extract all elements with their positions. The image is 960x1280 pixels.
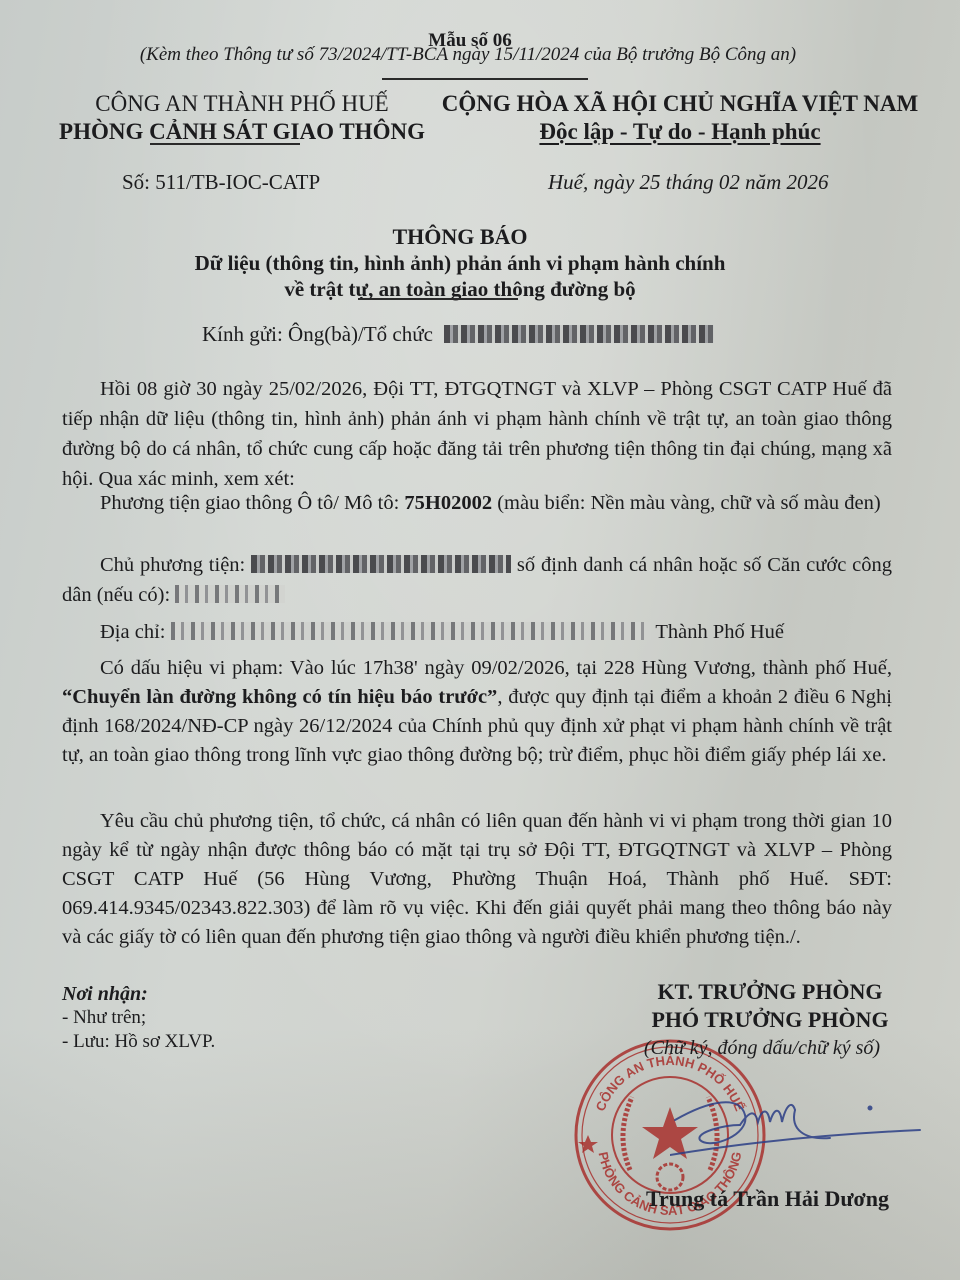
signature-icon [670, 1080, 930, 1170]
signer-name: Trung tá Trần Hải Dương [646, 1186, 889, 1212]
signature-note: (Chữ ký, đóng dấu/chữ ký số) [592, 1034, 932, 1062]
intro-paragraph: Hồi 08 giờ 30 ngày 25/02/2026, Đội TT, Đ… [62, 374, 892, 494]
salutation: Kính gửi: Ông(bà)/Tổ chức [202, 322, 714, 347]
owner-paragraph: Chủ phương tiện: số định danh cá nhân ho… [62, 550, 892, 610]
violation-prefix: Có dấu hiệu vi phạm: Vào lúc 17h38' ngày… [100, 657, 892, 679]
signer-title-2: PHÓ TRƯỞNG PHÒNG [600, 1006, 940, 1034]
nation-motto: Độc lập - Tự do - Hạnh phúc [430, 118, 930, 146]
title-underline [358, 298, 518, 300]
redacted-recipient-name [444, 325, 714, 343]
recipients-block: Nơi nhận: - Như trên; - Lưu: Hồ sơ XLVP. [62, 982, 215, 1054]
agency-name: PHÒNG CẢNH SÁT GIAO THÔNG [52, 118, 432, 146]
agency-underline [150, 143, 300, 145]
agency-parent: CÔNG AN THÀNH PHỐ HUẾ [52, 90, 432, 118]
vehicle-paragraph: Phương tiện giao thông Ô tô/ Mô tô: 75H0… [62, 488, 892, 518]
document-title: THÔNG BÁO Dữ liệu (thông tin, hình ảnh) … [0, 224, 940, 302]
redacted-address [171, 622, 651, 640]
national-header: CỘNG HÒA XÃ HỘI CHỦ NGHĨA VIỆT NAM Độc l… [430, 90, 930, 146]
address-suffix: Thành Phố Huế [651, 621, 784, 643]
request-paragraph: Yêu cầu chủ phương tiện, tổ chức, cá nhâ… [62, 807, 892, 952]
place-date: Huế, ngày 25 tháng 02 năm 2026 [548, 170, 829, 195]
title-main: THÔNG BÁO [0, 224, 940, 250]
request-text: Yêu cầu chủ phương tiện, tổ chức, cá nhâ… [62, 810, 892, 948]
violation-paragraph: Có dấu hiệu vi phạm: Vào lúc 17h38' ngày… [62, 654, 892, 770]
address-paragraph: Địa chỉ: Thành Phố Huế [62, 617, 892, 647]
header-divider [382, 78, 588, 80]
title-subtitle-1: Dữ liệu (thông tin, hình ảnh) phản ánh v… [0, 250, 940, 276]
violation-name: “Chuyển làn đường không có tín hiệu báo … [62, 686, 497, 708]
owner-label: Chủ phương tiện: [100, 554, 251, 576]
vehicle-label: Phương tiện giao thông Ô tô/ Mô tô: [100, 492, 404, 514]
recipients-heading: Nơi nhận: [62, 982, 215, 1006]
salutation-label: Kính gửi: Ông(bà)/Tổ chức [202, 322, 433, 346]
address-label: Địa chỉ: [100, 621, 171, 643]
intro-text: Hồi 08 giờ 30 ngày 25/02/2026, Đội TT, Đ… [62, 378, 892, 490]
signer-title-1: KT. TRƯỞNG PHÒNG [600, 978, 940, 1006]
redacted-owner-name [251, 555, 511, 573]
signer-block: KT. TRƯỞNG PHÒNG PHÓ TRƯỞNG PHÒNG (Chữ k… [600, 978, 940, 1062]
recipient-item: - Lưu: Hồ sơ XLVP. [62, 1030, 215, 1054]
nation-name: CỘNG HÒA XÃ HỘI CHỦ NGHĨA VIỆT NAM [430, 90, 930, 118]
recipient-item: - Như trên; [62, 1006, 215, 1030]
document-number: Số: 511/TB-IOC-CATP [122, 170, 320, 195]
vehicle-plate: 75H02002 [404, 492, 492, 514]
attachment-note: (Kèm theo Thông tư số 73/2024/TT-BCA ngà… [0, 44, 948, 66]
redacted-owner-id [175, 585, 285, 603]
vehicle-plate-color: (màu biển: Nền màu vàng, chữ và số màu đ… [492, 492, 881, 514]
issuing-agency: CÔNG AN THÀNH PHỐ HUẾ PHÒNG CẢNH SÁT GIA… [52, 90, 432, 146]
